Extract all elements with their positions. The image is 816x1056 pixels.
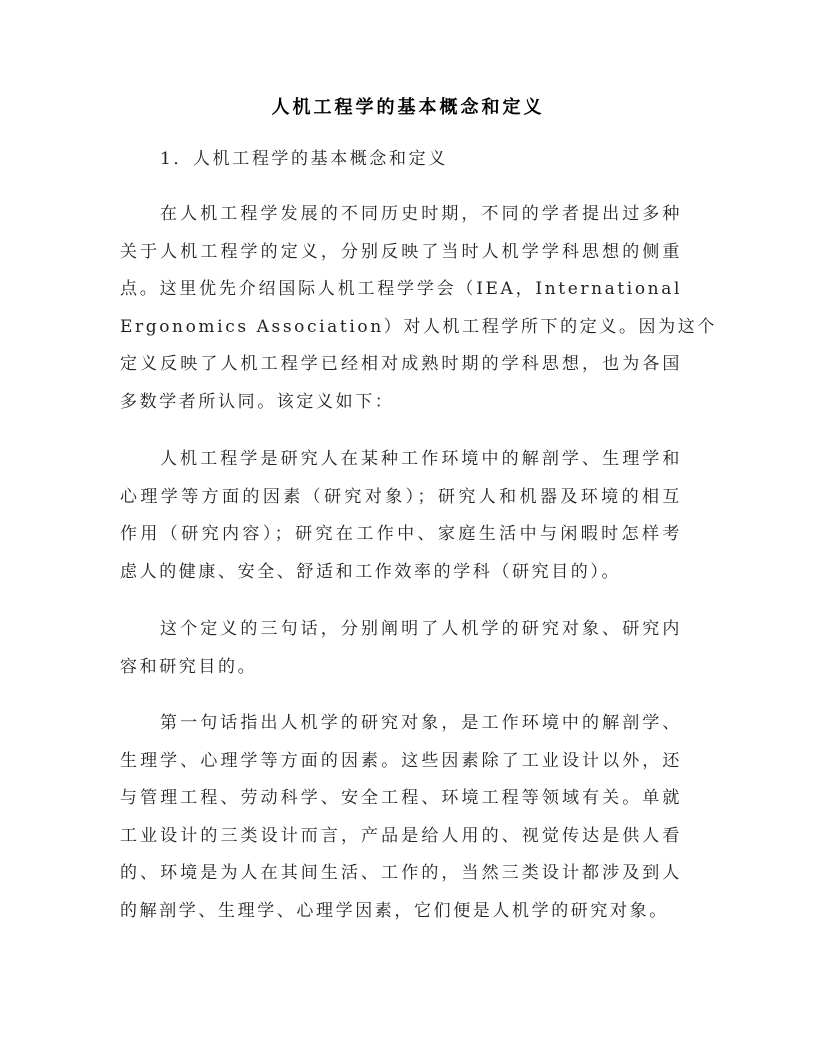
paragraph-line: 点。这里优先介绍国际人机工程学学会（IEA，International <box>120 271 682 309</box>
paragraph-line: 的、环境是为人在其间生活、工作的，当然三类设计都涉及到人 <box>120 855 682 893</box>
document-page: 人机工程学的基本概念和定义 1．人机工程学的基本概念和定义 在人机工程学发展的不… <box>0 0 816 1056</box>
paragraph-4: 第一句话指出人机学的研究对象，是工作环境中的解剖学、 生理学、心理学等方面的因素… <box>120 705 682 930</box>
paragraph-2-definition: 人机工程学是研究人在某种工作环境中的解剖学、生理学和 心理学等方面的因素（研究对… <box>120 441 682 591</box>
paragraph-line: 工业设计的三类设计而言，产品是给人用的、视觉传达是供人看 <box>120 818 682 856</box>
document-title: 人机工程学的基本概念和定义 <box>0 95 816 121</box>
section-heading: 1．人机工程学的基本概念和定义 <box>120 141 682 179</box>
paragraph-line: 在人机工程学发展的不同历史时期，不同的学者提出过多种 <box>120 196 682 234</box>
paragraph-3: 这个定义的三句话，分别阐明了人机学的研究对象、研究内 容和研究目的。 <box>120 611 682 686</box>
paragraph-line: 第一句话指出人机学的研究对象，是工作环境中的解剖学、 <box>120 705 682 743</box>
paragraph-line: 多数学者所认同。该定义如下： <box>120 384 682 422</box>
paragraph-line: Ergonomics Association）对人机工程学所下的定义。因为这个 <box>120 309 682 347</box>
paragraph-line: 生理学、心理学等方面的因素。这些因素除了工业设计以外，还 <box>120 743 682 781</box>
paragraph-line: 人机工程学是研究人在某种工作环境中的解剖学、生理学和 <box>120 441 682 479</box>
paragraph-line: 关于人机工程学的定义，分别反映了当时人机学学科思想的侧重 <box>120 234 682 272</box>
paragraph-line: 容和研究目的。 <box>120 649 682 687</box>
paragraph-line: 虑人的健康、安全、舒适和工作效率的学科（研究目的）。 <box>120 554 682 592</box>
paragraph-line: 的解剖学、生理学、心理学因素，它们便是人机学的研究对象。 <box>120 893 682 931</box>
paragraph-line: 这个定义的三句话，分别阐明了人机学的研究对象、研究内 <box>120 611 682 649</box>
paragraph-line: 与管理工程、劳动科学、安全工程、环境工程等领域有关。单就 <box>120 780 682 818</box>
paragraph-line: 定义反映了人机工程学已经相对成熟时期的学科思想，也为各国 <box>120 346 682 384</box>
paragraph-1: 在人机工程学发展的不同历史时期，不同的学者提出过多种 关于人机工程学的定义，分别… <box>120 196 682 421</box>
paragraph-line: 作用（研究内容）；研究在工作中、家庭生活中与闲暇时怎样考 <box>120 516 682 554</box>
paragraph-line: 心理学等方面的因素（研究对象）；研究人和机器及环境的相互 <box>120 479 682 517</box>
